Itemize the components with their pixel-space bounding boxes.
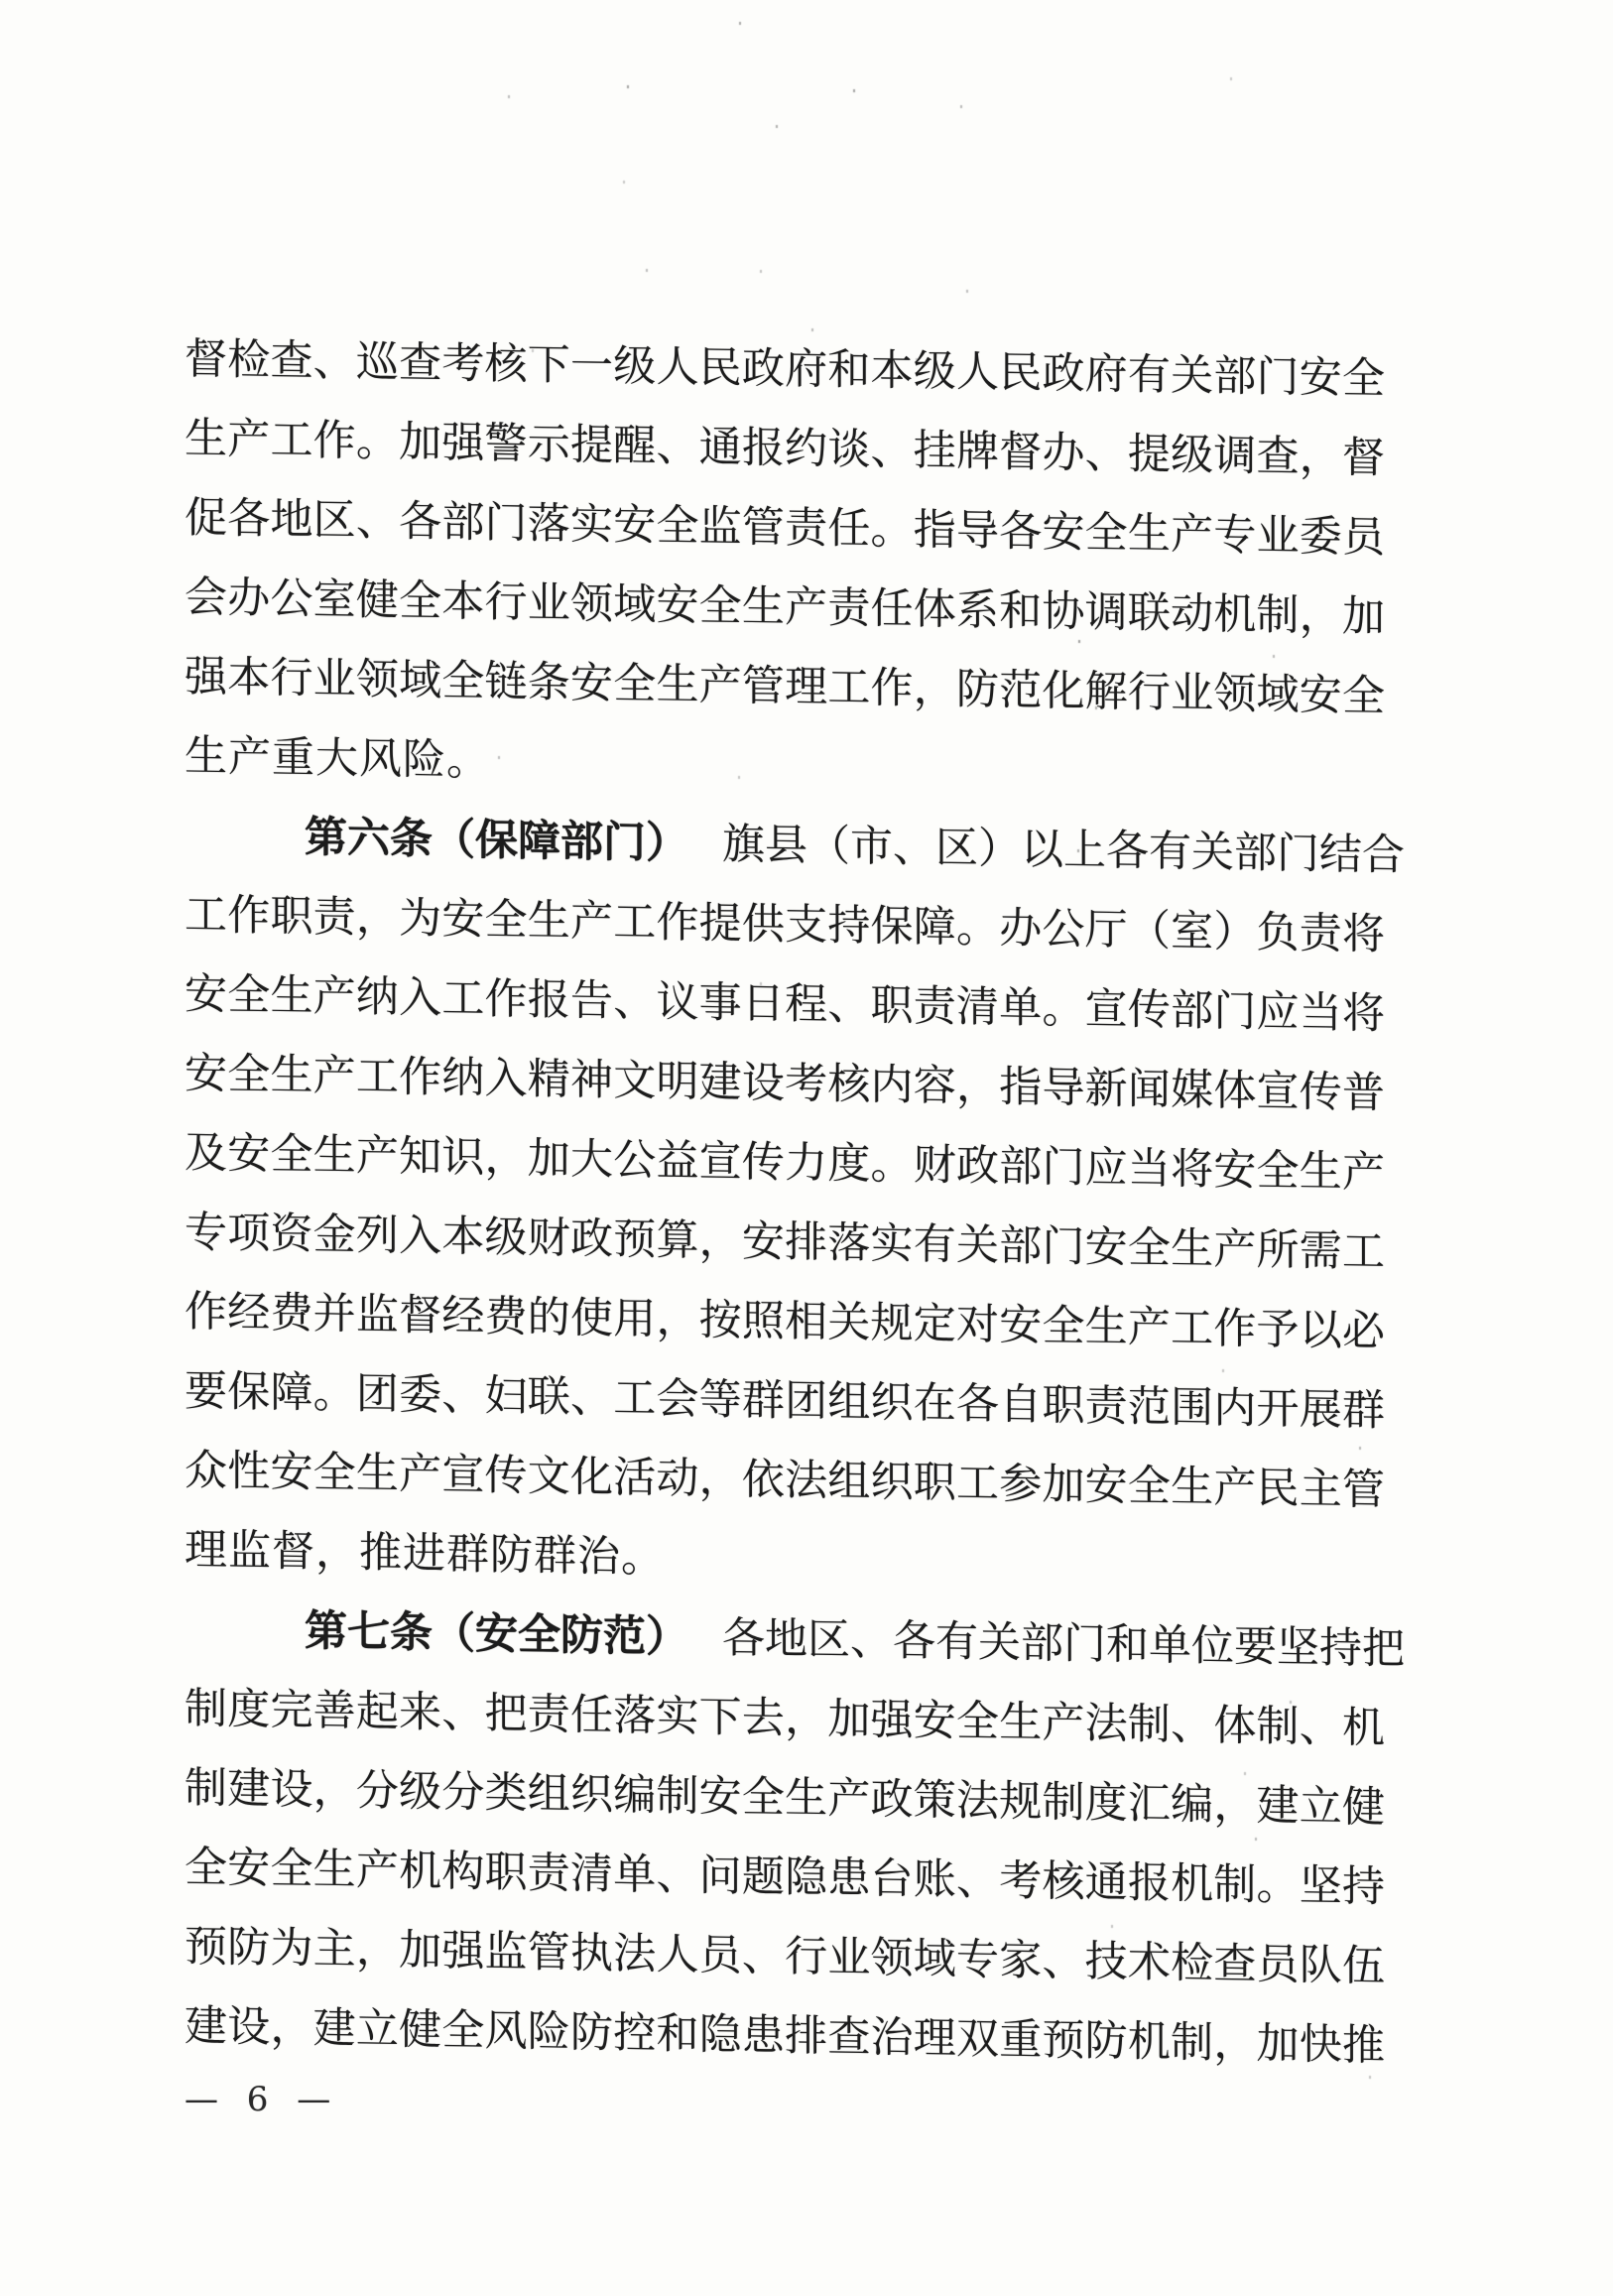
scan-noise [0, 0, 2, 3]
heading-gap [688, 1651, 722, 1652]
heading-gap [688, 857, 722, 858]
text-block: 督检查、巡查考核下一级人民政府和本级人民政府有关部门安全 生产工作。加强警示提醒… [185, 319, 1385, 2086]
article-6-opening: 旗县（市、区）以上各有关部门结合 [722, 820, 1405, 880]
article-7-heading: 第七条（安全防范） [305, 1606, 688, 1662]
article-7-opening: 各地区、各有关部门和单位要坚持把 [722, 1613, 1405, 1674]
page-number: — 6 — [185, 2080, 339, 2119]
article-6-heading: 第六条（保障部门） [305, 813, 688, 868]
document-page: 督检查、巡查考核下一级人民政府和本级人民政府有关部门安全 生产工作。加强警示提醒… [0, 0, 1613, 2296]
